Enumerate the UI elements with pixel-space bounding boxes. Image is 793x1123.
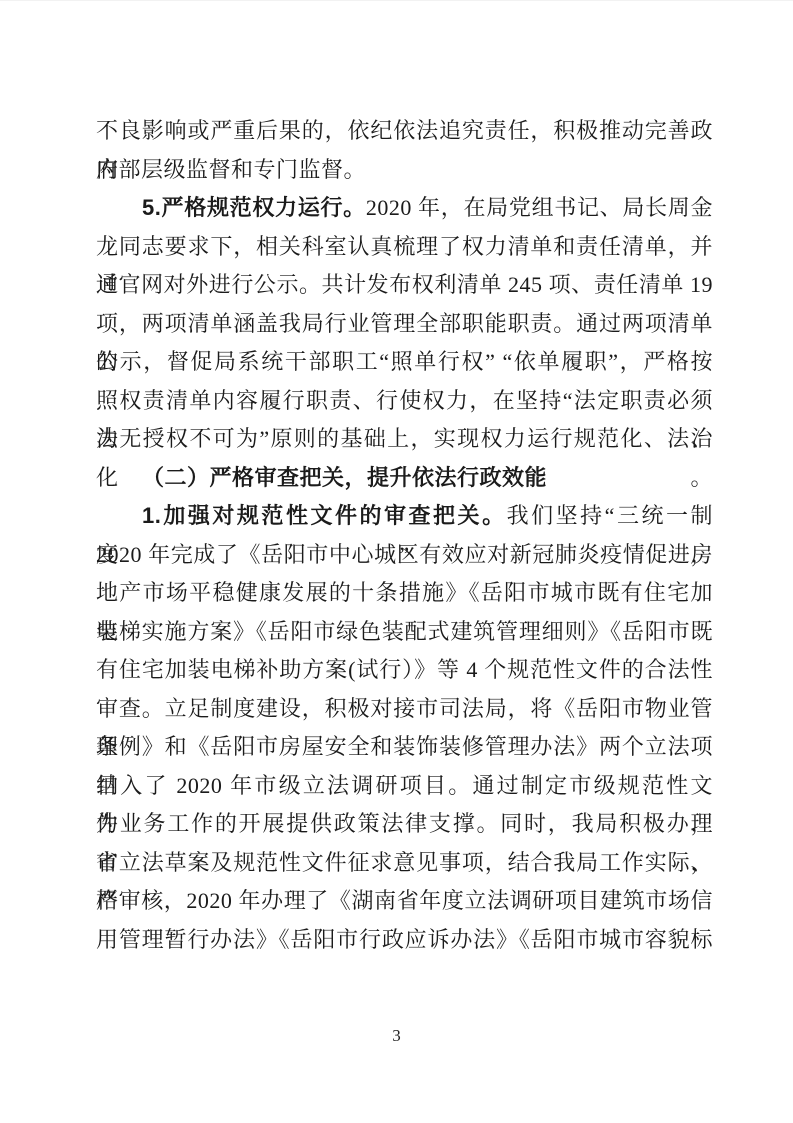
text-line: 项，两项清单涵盖我局行业管理全部职能职责。通过两项清单的 xyxy=(96,305,713,344)
text-line: 公示，督促局系统干部职工“照单行权” “依单履职”，严格按 xyxy=(96,343,713,382)
text-line: 纳入了 2020 年市级立法调研项目。通过制定市级规范性文件， xyxy=(96,767,713,806)
text-line: 法无授权不可为”原则的基础上，实现权力运行规范化、法治化。 xyxy=(96,420,713,459)
text-line: 龙同志要求下，相关科室认真梳理了权力清单和责任清单，并通 xyxy=(96,228,713,267)
text-run: 2020 年完成了《岳阳市中心城区有效应对新冠肺炎疫情促进房 xyxy=(96,542,713,567)
text-run: 公示，督促局系统干部职工“照单行权” “依单履职”，严格按 xyxy=(96,349,713,374)
text-line: 照权责清单内容履行职责、行使权力，在坚持“法定职责必须为、 xyxy=(96,382,713,421)
text-line: 过官网对外进行公示。共计发布权利清单 245 项、责任清单 19 xyxy=(96,266,713,305)
bold-text-run: （二）严格审查把关，提升依法行政效能 xyxy=(142,465,547,490)
text-run: 过官网对外进行公示。共计发布权利清单 245 项、责任清单 19 xyxy=(96,272,713,297)
text-line: 有住宅加装电梯补助方案(试行）》等 4 个规范性文件的合法性 xyxy=(96,651,713,690)
text-line: 条例》和《岳阳市房屋安全和装饰装修管理办法》两个立法项目 xyxy=(96,728,713,767)
document-body: 不良影响或严重后果的，依纪依法追究责任，积极推动完善政府内部层级监督和专门监督。… xyxy=(96,112,713,959)
text-line: 地产市场平稳健康发展的十条措施》《岳阳市城市既有住宅加装 xyxy=(96,574,713,613)
text-run: 有住宅加装电梯补助方案(试行）》等 4 个规范性文件的合法性 xyxy=(96,657,713,682)
text-line: 为业务工作的开展提供政策法律支撑。同时，我局积极办理省、 xyxy=(96,805,713,844)
text-run: 格审核，2020 年办理了《湖南省年度立法调研项目建筑市场信 xyxy=(96,888,713,913)
text-line: 格审核，2020 年办理了《湖南省年度立法调研项目建筑市场信 xyxy=(96,882,713,921)
text-run: 用管理暂行办法》《岳阳市行政应诉办法》《岳阳市城市容貌标 xyxy=(96,927,713,952)
bold-text-run: 5.严格规范权力运行。 xyxy=(142,195,366,220)
text-line: 1.加强对规范性文件的审查把关。我们坚持“三统一制度”， xyxy=(96,497,713,536)
text-line: 用管理暂行办法》《岳阳市行政应诉办法》《岳阳市城市容貌标 xyxy=(96,921,713,960)
document-page: 不良影响或严重后果的，依纪依法追究责任，积极推动完善政府内部层级监督和专门监督。… xyxy=(0,0,793,1123)
text-line: 市立法草案及规范性文件征求意见事项，结合我局工作实际，严 xyxy=(96,844,713,883)
text-line: 2020 年完成了《岳阳市中心城区有效应对新冠肺炎疫情促进房 xyxy=(96,536,713,575)
bold-text-run: 1.加强对规范性文件的审查把关。 xyxy=(142,503,507,528)
text-run: 电梯实施方案》《岳阳市绿色装配式建筑管理细则》《岳阳市既 xyxy=(96,619,713,644)
page-number: 3 xyxy=(0,1025,793,1047)
text-line: 不良影响或严重后果的，依纪依法追究责任，积极推动完善政府 xyxy=(96,112,713,151)
text-run: 2020 年，在局党组书记、局长周金 xyxy=(366,195,713,220)
text-line: 电梯实施方案》《岳阳市绿色装配式建筑管理细则》《岳阳市既 xyxy=(96,613,713,652)
text-line: 5.严格规范权力运行。2020 年，在局党组书记、局长周金 xyxy=(96,189,713,228)
text-run: 内部层级监督和专门监督。 xyxy=(96,157,366,182)
text-line: 内部层级监督和专门监督。 xyxy=(96,151,713,190)
text-line: 审查。立足制度建设，积极对接市司法局，将《岳阳市物业管理 xyxy=(96,690,713,729)
